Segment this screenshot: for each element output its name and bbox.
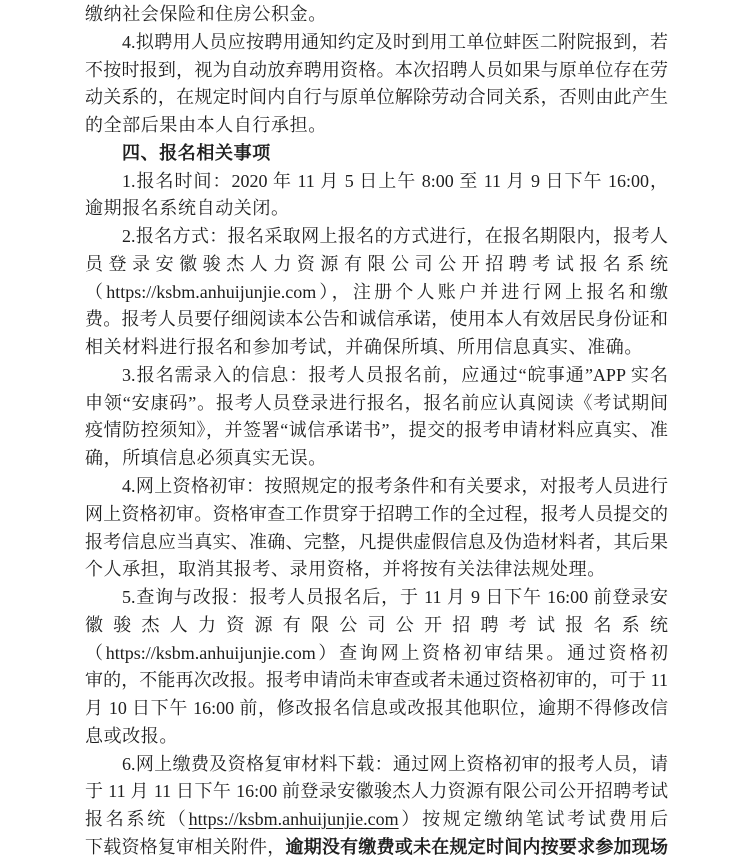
text-line: 疫情防控须知》，并签署“诚信承诺书”，提交的报考申请材料应真实、准 [85,417,668,445]
text-line: 5.查询与改报：报考人员报名后，于 11 月 9 日下午 16:00 前登录安 [85,584,668,612]
text-line: （https://ksbm.anhuijunjie.com）查询网上资格初审结果… [85,640,668,668]
text-segment: 3.报名需录入的信息：报考人员报名前，应通过“皖事通”APP 实名 [122,365,668,385]
text-segment: 逾期没有缴费或未在规定时间内按要求参加现场 [285,837,668,857]
text-line: 报考信息应当真实、准确、完整，凡提供虚假信息及伪造材料者，其后果 [85,529,668,557]
text-segment: 个人承担，取消其报考、录用资格，并将按有关法律法规处理。 [85,559,606,579]
text-segment: 徽骏杰人力资源有限公司公开招聘考试报名系统 [85,615,668,635]
text-segment: 员登录安徽骏杰人力资源有限公司公开招聘考试报名系统 [85,254,668,274]
text-line: 确，所填信息必须真实无误。 [85,445,668,473]
text-line: 相关材料进行报名和参加考试，并确保所填、所用信息真实、准确。 [85,334,668,362]
text-segment: 缴纳社会保险和住房公积金。 [85,4,327,24]
text-line: 4.网上资格初审：按照规定的报考条件和有关要求，对报考人员进行 [85,473,668,501]
text-segment: 不按时报到，视为自动放弃聘用资格。本次招聘人员如果与原单位存在劳 [85,60,668,80]
text-segment: 月 10 日下午 16:00 前，修改报名信息或改报其他职位，逾期不得修改信 [85,698,668,718]
text-segment: 网上资格初审。资格审查工作贯穿于招聘工作的全过程，报考人员提交的 [85,504,668,524]
text-segment: 4.网上资格初审：按照规定的报考条件和有关要求，对报考人员进行 [122,476,668,496]
text-segment: ）按规定缴纳笔试考试费用后 [399,809,668,829]
text-line: 4.拟聘用人员应按聘用通知约定及时到用工单位蚌医二附院报到，若 [85,29,668,57]
text-segment: 报考信息应当真实、准确、完整，凡提供虚假信息及伪造材料者，其后果 [85,532,668,552]
text-line: 缴纳社会保险和住房公积金。 [85,1,668,29]
text-line: （https://ksbm.anhuijunjie.com），注册个人账户并进行… [85,279,668,307]
text-line: 于 11 月 11 日下午 16:00 前登录安徽骏杰人力资源有限公司公开招聘考… [85,778,668,806]
text-line: 息或改报。 [85,723,668,751]
text-segment: 6.网上缴费及资格复审材料下载：通过网上资格初审的报考人员，请 [122,754,668,774]
document-lines: 缴纳社会保险和住房公积金。4.拟聘用人员应按聘用通知约定及时到用工单位蚌医二附院… [85,1,668,862]
text-line: 月 10 日下午 16:00 前，修改报名信息或改报其他职位，逾期不得修改信 [85,695,668,723]
text-line: 徽骏杰人力资源有限公司公开招聘考试报名系统 [85,612,668,640]
document-page: 缴纳社会保险和住房公积金。4.拟聘用人员应按聘用通知约定及时到用工单位蚌医二附院… [85,1,668,862]
text-line: 6.网上缴费及资格复审材料下载：通过网上资格初审的报考人员，请 [85,751,668,779]
text-segment: （https://ksbm.anhuijunjie.com），注册个人账户并进行… [85,282,668,302]
text-segment: 于 11 月 11 日下午 16:00 前登录安徽骏杰人力资源有限公司公开招聘考… [85,781,668,801]
text-segment: 息或改报。 [85,726,178,746]
text-segment: 审的，不能再次改报。报考申请尚未审查或者未通过资格初审的，可于 11 [85,670,668,690]
text-line: 个人承担，取消其报考、录用资格，并将按有关法律法规处理。 [85,556,668,584]
text-line: 费。报考人员要仔细阅读本公告和诚信承诺，使用本人有效居民身份证和 [85,306,668,334]
text-line: 下载资格复审相关附件，逾期没有缴费或未在规定时间内按要求参加现场 [85,834,668,862]
text-line: 网上资格初审。资格审查工作贯穿于招聘工作的全过程，报考人员提交的 [85,501,668,529]
text-line: 审的，不能再次改报。报考申请尚未审查或者未通过资格初审的，可于 11 [85,667,668,695]
text-line: 1.报名时间：2020 年 11 月 5 日上午 8:00 至 11 月 9 日… [85,168,668,196]
text-segment: 疫情防控须知》，并签署“诚信承诺书”，提交的报考申请材料应真实、准 [85,420,668,440]
text-segment: 4.拟聘用人员应按聘用通知约定及时到用工单位蚌医二附院报到，若 [122,32,668,52]
section-heading: 四、报名相关事项 [85,140,668,168]
text-line: 申领“安康码”。报考人员登录进行报名，报名前应认真阅读《考试期间 [85,390,668,418]
text-segment: （https://ksbm.anhuijunjie.com）查询网上资格初审结果… [85,643,668,663]
text-segment: 下载资格复审相关附件， [85,837,285,857]
text-segment: 费。报考人员要仔细阅读本公告和诚信承诺，使用本人有效居民身份证和 [85,309,668,329]
text-line: 2.报名方式：报名采取网上报名的方式进行，在报名期限内，报考人 [85,223,668,251]
text-segment: 四、报名相关事项 [122,143,271,163]
text-line: 逾期报名系统自动关闭。 [85,195,668,223]
text-segment: 逾期报名系统自动关闭。 [85,198,290,218]
text-segment: 2.报名方式：报名采取网上报名的方式进行，在报名期限内，报考人 [122,226,668,246]
text-line: 报名系统（https://ksbm.anhuijunjie.com）按规定缴纳笔… [85,806,668,834]
text-line: 员登录安徽骏杰人力资源有限公司公开招聘考试报名系统 [85,251,668,279]
text-segment: 动关系的，在规定时间内自行与原单位解除劳动合同关系，否则由此产生 [85,87,668,107]
text-segment: 相关材料进行报名和参加考试，并确保所填、所用信息真实、准确。 [85,337,643,357]
text-line: 的全部后果由本人自行承担。 [85,112,668,140]
text-line: 3.报名需录入的信息：报考人员报名前，应通过“皖事通”APP 实名 [85,362,668,390]
text-segment: 的全部后果由本人自行承担。 [85,115,327,135]
text-segment: 确，所填信息必须真实无误。 [85,448,327,468]
text-segment: 5.查询与改报：报考人员报名后，于 11 月 9 日下午 16:00 前登录安 [122,587,668,607]
text-line: 动关系的，在规定时间内自行与原单位解除劳动合同关系，否则由此产生 [85,84,668,112]
text-segment: 申领“安康码”。报考人员登录进行报名，报名前应认真阅读《考试期间 [85,393,668,413]
text-line: 不按时报到，视为自动放弃聘用资格。本次招聘人员如果与原单位存在劳 [85,57,668,85]
text-segment: 报名系统（ [85,809,189,829]
hyperlink-url[interactable]: https://ksbm.anhuijunjie.com [189,809,399,829]
text-segment: 1.报名时间：2020 年 11 月 5 日上午 8:00 至 11 月 9 日… [122,171,668,191]
